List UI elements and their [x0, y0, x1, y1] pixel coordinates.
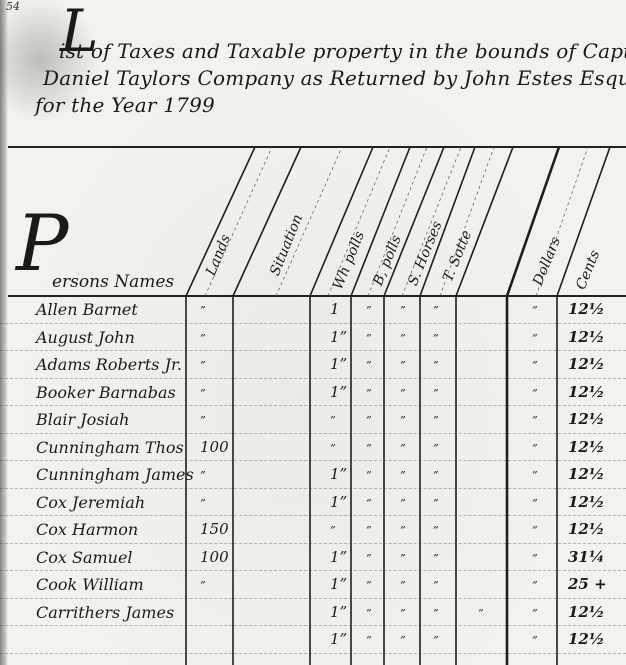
- white-polls-value: 1”: [330, 575, 347, 593]
- white-polls-value: ”: [330, 524, 336, 537]
- table-row: Cunningham Thos 100 ” ” ” ” ” 12½: [0, 434, 626, 462]
- person-name: Adams Roberts Jr.: [36, 355, 182, 374]
- dollars-value: ”: [532, 332, 538, 345]
- white-polls-value: 1”: [330, 328, 347, 346]
- town-lotts-value: ”: [433, 607, 439, 620]
- cents-value: 12½: [568, 630, 605, 648]
- cents-value: 12½: [568, 355, 605, 373]
- table-row: Allen Barnet ” 1 ” ” ” ” 12½: [0, 296, 626, 324]
- black-polls-value: ”: [366, 524, 372, 537]
- town-lotts-value: ”: [433, 414, 439, 427]
- town-lotts-value: ”: [433, 304, 439, 317]
- cents-value: 12½: [568, 300, 605, 318]
- stud-horses-value: ”: [400, 304, 406, 317]
- cents-value: 12½: [568, 438, 605, 456]
- white-polls-value: ”: [330, 414, 336, 427]
- dollars-value: ”: [532, 469, 538, 482]
- lands-value: 100: [200, 438, 229, 456]
- white-polls-value: 1”: [330, 603, 347, 621]
- lands-value: ”: [200, 469, 206, 482]
- black-polls-value: ”: [366, 387, 372, 400]
- black-polls-value: ”: [366, 442, 372, 455]
- table-row: Cox Jeremiah ” 1” ” ” ” ” 12½: [0, 489, 626, 517]
- stud-horses-value: ”: [400, 359, 406, 372]
- stud-horses-value: ”: [400, 524, 406, 537]
- stud-horses-value: ”: [400, 332, 406, 345]
- lands-value: ”: [200, 359, 206, 372]
- black-polls-value: ”: [366, 359, 372, 372]
- dollars-value: ”: [532, 304, 538, 317]
- dollars-value: ”: [532, 634, 538, 647]
- stud-horses-value: ”: [400, 497, 406, 510]
- stud-horses-value: ”: [400, 607, 406, 620]
- town-lotts-value: ”: [433, 634, 439, 647]
- lands-value: ”: [200, 332, 206, 345]
- black-polls-value: ”: [366, 579, 372, 592]
- stud-horses-value: ”: [400, 469, 406, 482]
- cents-value: 12½: [568, 603, 605, 621]
- table-row: Adams Roberts Jr. ” 1” ” ” ” ” 12½: [0, 351, 626, 379]
- person-name: Cox Harmon: [36, 520, 138, 539]
- town-lotts-value: ”: [433, 552, 439, 565]
- stud-horses-value: ”: [400, 442, 406, 455]
- dollars-value: ”: [532, 552, 538, 565]
- person-name: Carrithers James: [36, 603, 174, 622]
- town-lotts-value: ”: [433, 497, 439, 510]
- person-name: Cox Jeremiah: [36, 493, 145, 512]
- person-name: Cook William: [36, 575, 144, 594]
- person-name: Cox Samuel: [36, 548, 133, 567]
- black-polls-value: ”: [366, 552, 372, 565]
- dollars-value: ”: [532, 607, 538, 620]
- black-polls-value: ”: [366, 304, 372, 317]
- person-name: Cunningham James: [36, 465, 194, 484]
- town-lotts-value: ”: [433, 442, 439, 455]
- town-lotts-value: ”: [433, 359, 439, 372]
- person-name: Cunningham Thos: [36, 438, 184, 457]
- black-polls-value: ”: [366, 414, 372, 427]
- persons-names-header: ersons Names: [52, 272, 174, 292]
- white-polls-value: 1”: [330, 383, 347, 401]
- cents-value: 12½: [568, 493, 605, 511]
- extra-column-value: ”: [478, 607, 484, 620]
- table-row: August John ” 1” ” ” ” ” 12½: [0, 324, 626, 352]
- lands-value: 100: [200, 548, 229, 566]
- lands-value: ”: [200, 414, 206, 427]
- cents-value: 12½: [568, 328, 605, 346]
- white-polls-value: ”: [330, 442, 336, 455]
- dollars-value: ”: [532, 497, 538, 510]
- scanned-tax-list-page: 54 L ist of Taxes and Taxable property i…: [0, 0, 626, 665]
- person-name: August John: [36, 328, 135, 347]
- table-row: Carrithers James 1” ” ” ” ” ” 12½: [0, 599, 626, 627]
- cents-value: 12½: [568, 520, 605, 538]
- white-polls-value: 1: [330, 300, 340, 318]
- stud-horses-value: ”: [400, 552, 406, 565]
- town-lotts-value: ”: [433, 387, 439, 400]
- white-polls-value: 1”: [330, 548, 347, 566]
- table-row: 1” ” ” ” ” 12½: [0, 626, 626, 654]
- person-name: Allen Barnet: [36, 300, 138, 319]
- dollars-value: ”: [532, 359, 538, 372]
- stud-horses-value: ”: [400, 579, 406, 592]
- cents-value: 31¼: [568, 548, 605, 566]
- lands-value: 150: [200, 520, 229, 538]
- black-polls-value: ”: [366, 634, 372, 647]
- cents-value: 25 +: [568, 575, 607, 593]
- dollars-value: ”: [532, 387, 538, 400]
- stud-horses-value: ”: [400, 387, 406, 400]
- stud-horses-value: ”: [400, 414, 406, 427]
- table-row: Cook William ” 1” ” ” ” ” 25 +: [0, 571, 626, 599]
- white-polls-value: 1”: [330, 630, 347, 648]
- black-polls-value: ”: [366, 332, 372, 345]
- dollars-value: ”: [532, 414, 538, 427]
- black-polls-value: ”: [366, 497, 372, 510]
- town-lotts-value: ”: [433, 524, 439, 537]
- lands-value: ”: [200, 304, 206, 317]
- table-row: Cox Samuel 100 1” ” ” ” ” 31¼: [0, 544, 626, 572]
- table-row: Blair Josiah ” ” ” ” ” ” 12½: [0, 406, 626, 434]
- dollars-value: ”: [532, 442, 538, 455]
- cents-value: 12½: [568, 410, 605, 428]
- table-row: Booker Barnabas ” 1” ” ” ” ” 12½: [0, 379, 626, 407]
- taxpayer-rows: Allen Barnet ” 1 ” ” ” ” 12½ August John…: [0, 296, 626, 654]
- table-row: Cunningham James ” 1” ” ” ” ” 12½: [0, 461, 626, 489]
- dollars-value: ”: [532, 579, 538, 592]
- lands-value: ”: [200, 497, 206, 510]
- lands-value: ”: [200, 579, 206, 592]
- black-polls-value: ”: [366, 607, 372, 620]
- cents-value: 12½: [568, 383, 605, 401]
- town-lotts-value: ”: [433, 469, 439, 482]
- cents-value: 12½: [568, 465, 605, 483]
- town-lotts-value: ”: [433, 332, 439, 345]
- person-name: Blair Josiah: [36, 410, 129, 429]
- black-polls-value: ”: [366, 469, 372, 482]
- dollars-value: ”: [532, 524, 538, 537]
- stud-horses-value: ”: [400, 634, 406, 647]
- lands-value: ”: [200, 387, 206, 400]
- town-lotts-value: ”: [433, 579, 439, 592]
- person-name: Booker Barnabas: [36, 383, 176, 402]
- white-polls-value: 1”: [330, 465, 347, 483]
- white-polls-value: 1”: [330, 493, 347, 511]
- white-polls-value: 1”: [330, 355, 347, 373]
- table-row: Cox Harmon 150 ” ” ” ” ” 12½: [0, 516, 626, 544]
